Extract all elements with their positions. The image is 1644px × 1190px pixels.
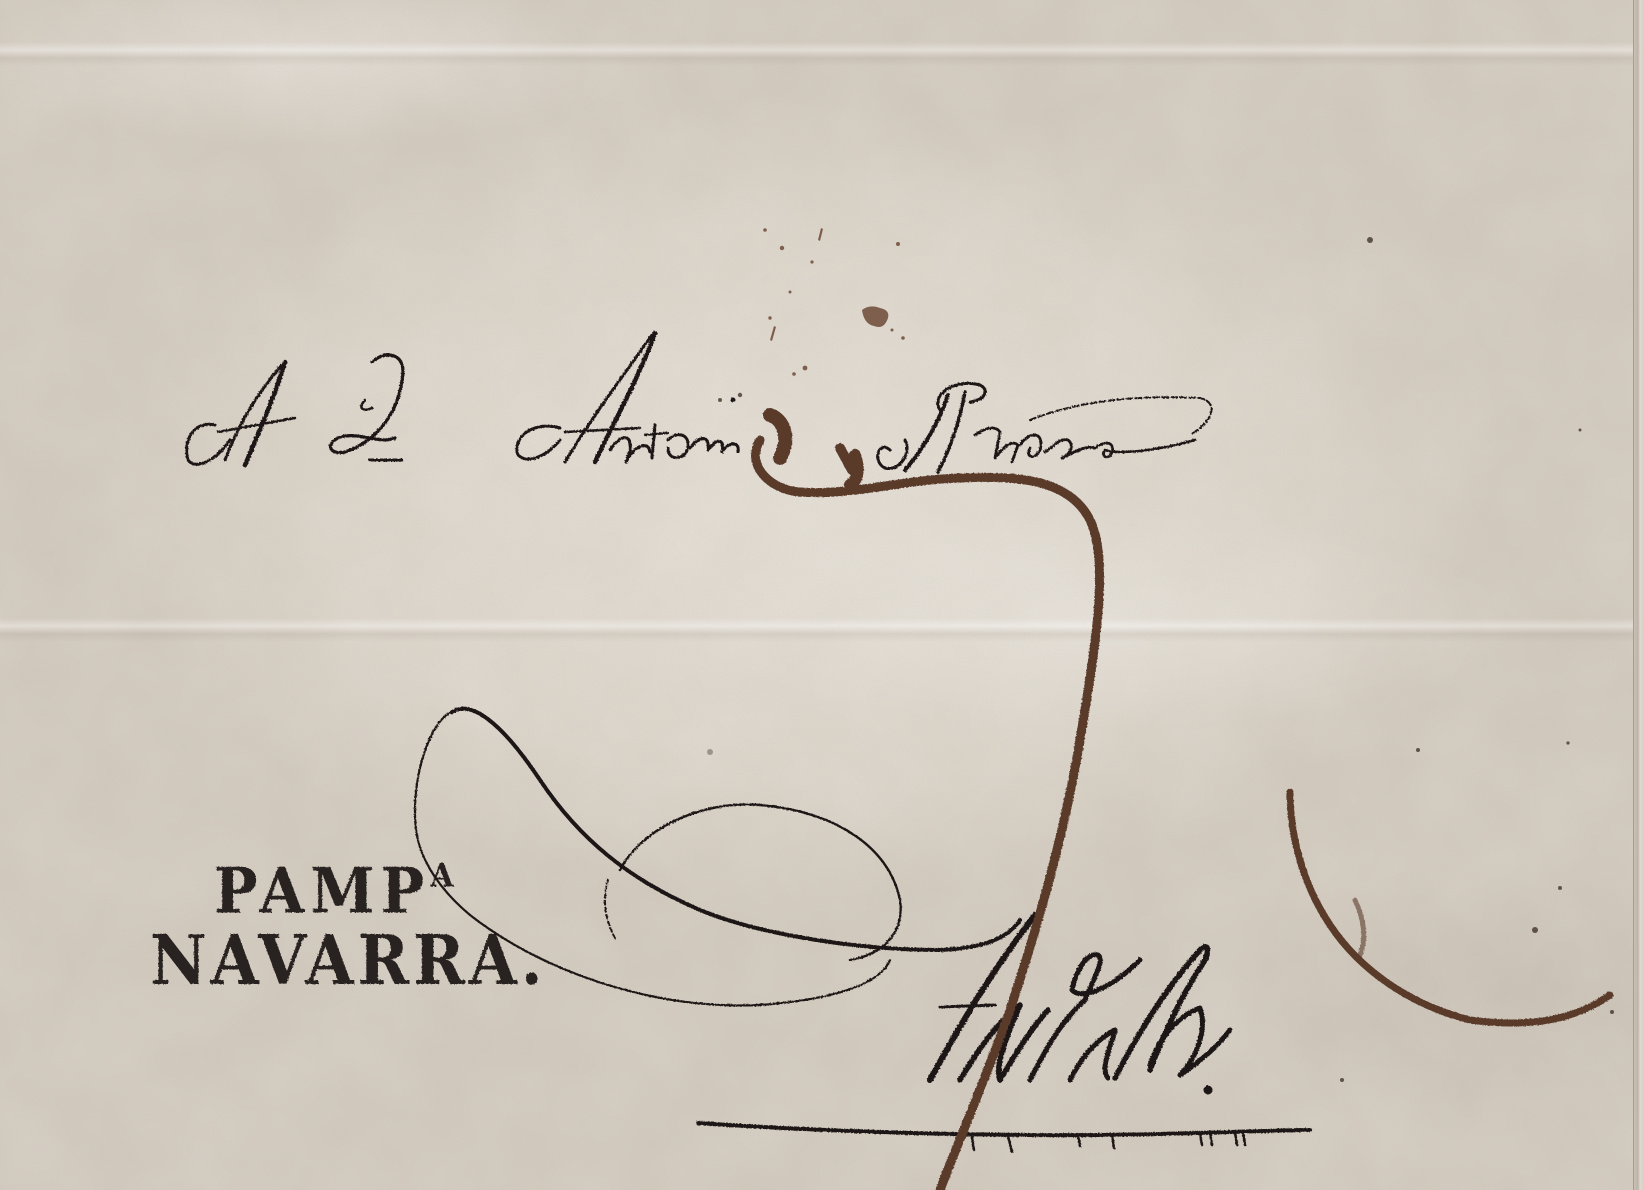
destination-text: Tudela. — [930, 1000, 990, 1019]
handwriting-layer — [0, 0, 1644, 1190]
salutation-text: A D.ⁿ — [185, 395, 225, 414]
address-flourish — [415, 709, 1020, 1006]
destination-underline — [698, 1123, 1310, 1135]
recipient-surname-script — [878, 383, 1212, 472]
rate-mark-main — [756, 415, 1100, 1190]
rate-mark-secondary — [1290, 792, 1610, 1023]
recipient-text: Antonio Navarra — [515, 395, 650, 414]
letter-cover: PAMPA NAVARRA. — [0, 0, 1644, 1190]
